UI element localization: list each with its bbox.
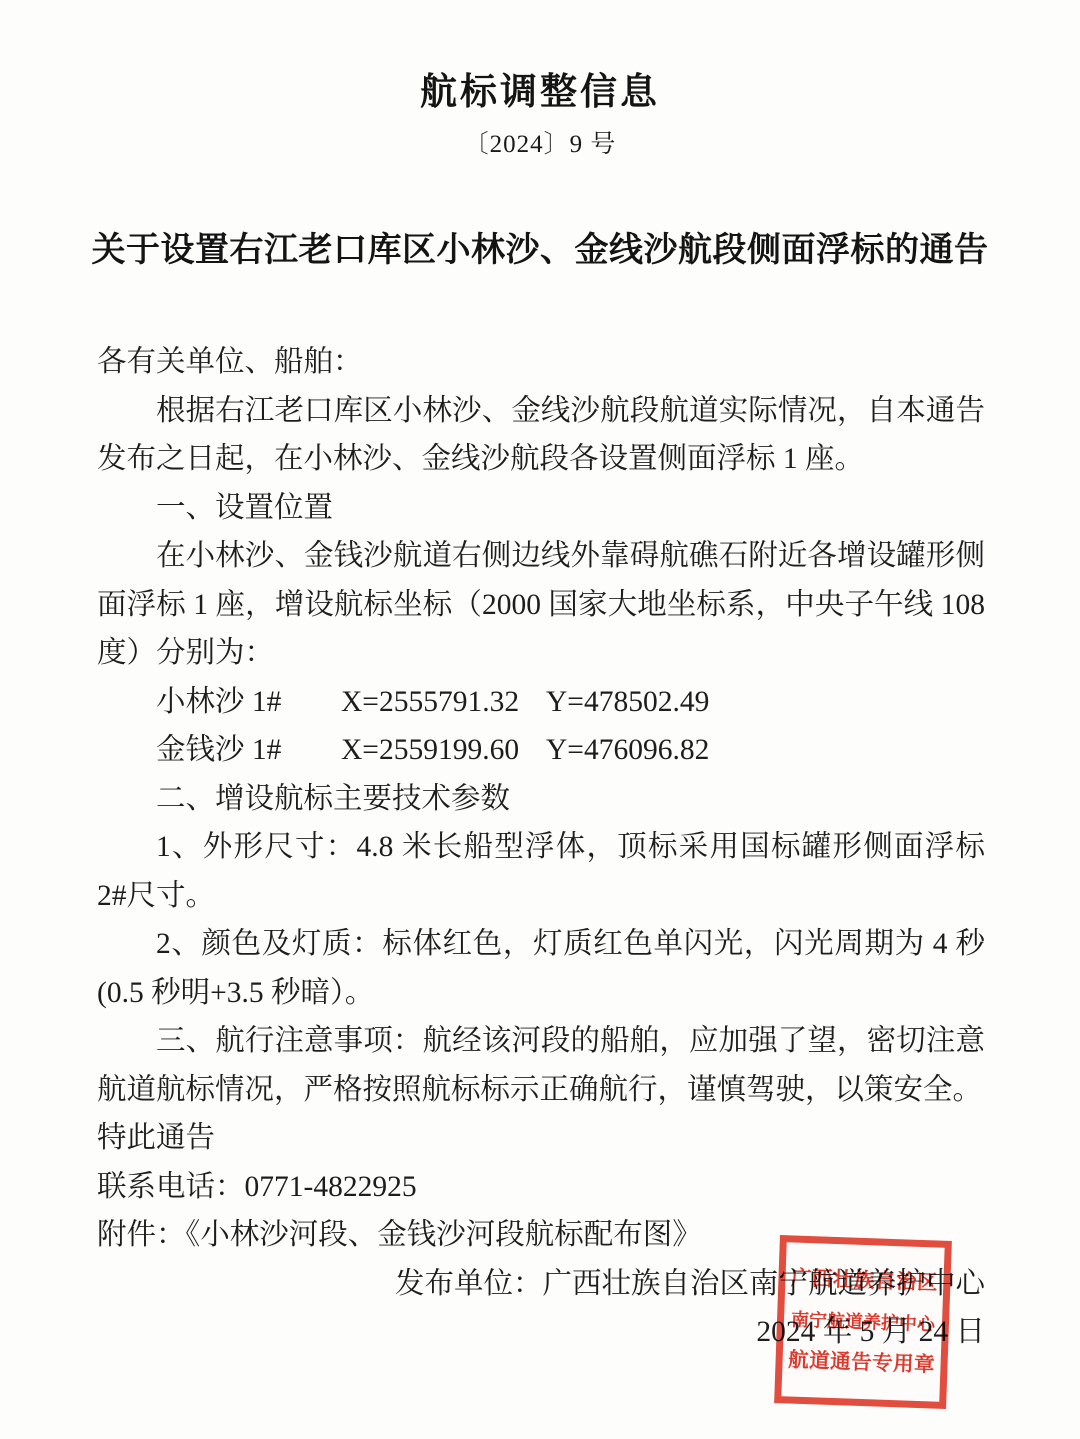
coordinate-x-value: X=2559199.60 [341,726,546,775]
coordinate-row-xiaolinsha: 小林沙 1#X=2555791.32Y=478502.49 [97,678,985,727]
notice-body: 各有关单位、船舶： 根据右江老口库区小林沙、金线沙航段航道实际情况，自本通告发布… [97,338,985,1357]
contact-phone: 联系电话：0771-4822925 [97,1163,985,1212]
section2-item1: 1、外形尺寸：4.8 米长船型浮体，顶标采用国标罐形侧面浮标 2#尺寸。 [97,823,985,920]
coordinate-label: 小林沙 1# [156,678,341,727]
seal-line-organization: 南宁航道养护中心 [791,1310,936,1333]
notice-title: 关于设置右江老口库区小林沙、金线沙航段侧面浮标的通告 [40,230,1040,272]
section2-item2: 2、颜色及灯质：标体红色，灯质红色单闪光，闪光周期为 4 秒(0.5 秒明+3.… [97,920,985,1017]
coordinate-y-value: Y=476096.82 [546,734,709,766]
coordinate-row-jinqiansha: 金钱沙 1#X=2559199.60Y=476096.82 [97,726,985,775]
seal-line-purpose: 航道通告专用章 [788,1350,936,1376]
intro-paragraph: 根据右江老口库区小林沙、金线沙航段航道实际情况，自本通告发布之日起，在小林沙、金… [97,387,985,484]
closing-line: 特此通告 [97,1114,985,1163]
document-title: 航标调整信息 [0,0,1080,116]
coordinate-x-value: X=2555791.32 [341,678,546,727]
section1-body: 在小林沙、金钱沙航道右侧边线外靠碍航礁石附近各增设罐形侧面浮标 1 座，增设航标… [97,532,985,678]
salutation: 各有关单位、船舶： [97,338,985,387]
seal-line-region: 广西壮族自治区 [791,1268,939,1294]
coordinate-y-value: Y=478502.49 [546,686,709,718]
section3-paragraph: 三、航行注意事项：航经该河段的船舶，应加强了望，密切注意航道航标情况，严格按照航… [97,1017,985,1114]
coordinate-label: 金钱沙 1# [156,726,341,775]
section2-heading: 二、增设航标主要技术参数 [97,775,985,824]
document-page: 航标调整信息 〔2024〕9 号 关于设置右江老口库区小林沙、金线沙航段侧面浮标… [0,0,1080,1439]
document-number: 〔2024〕9 号 [0,130,1080,160]
section1-heading: 一、设置位置 [97,484,985,533]
official-seal: 广西壮族自治区 南宁航道养护中心 航道通告专用章 [774,1235,952,1409]
